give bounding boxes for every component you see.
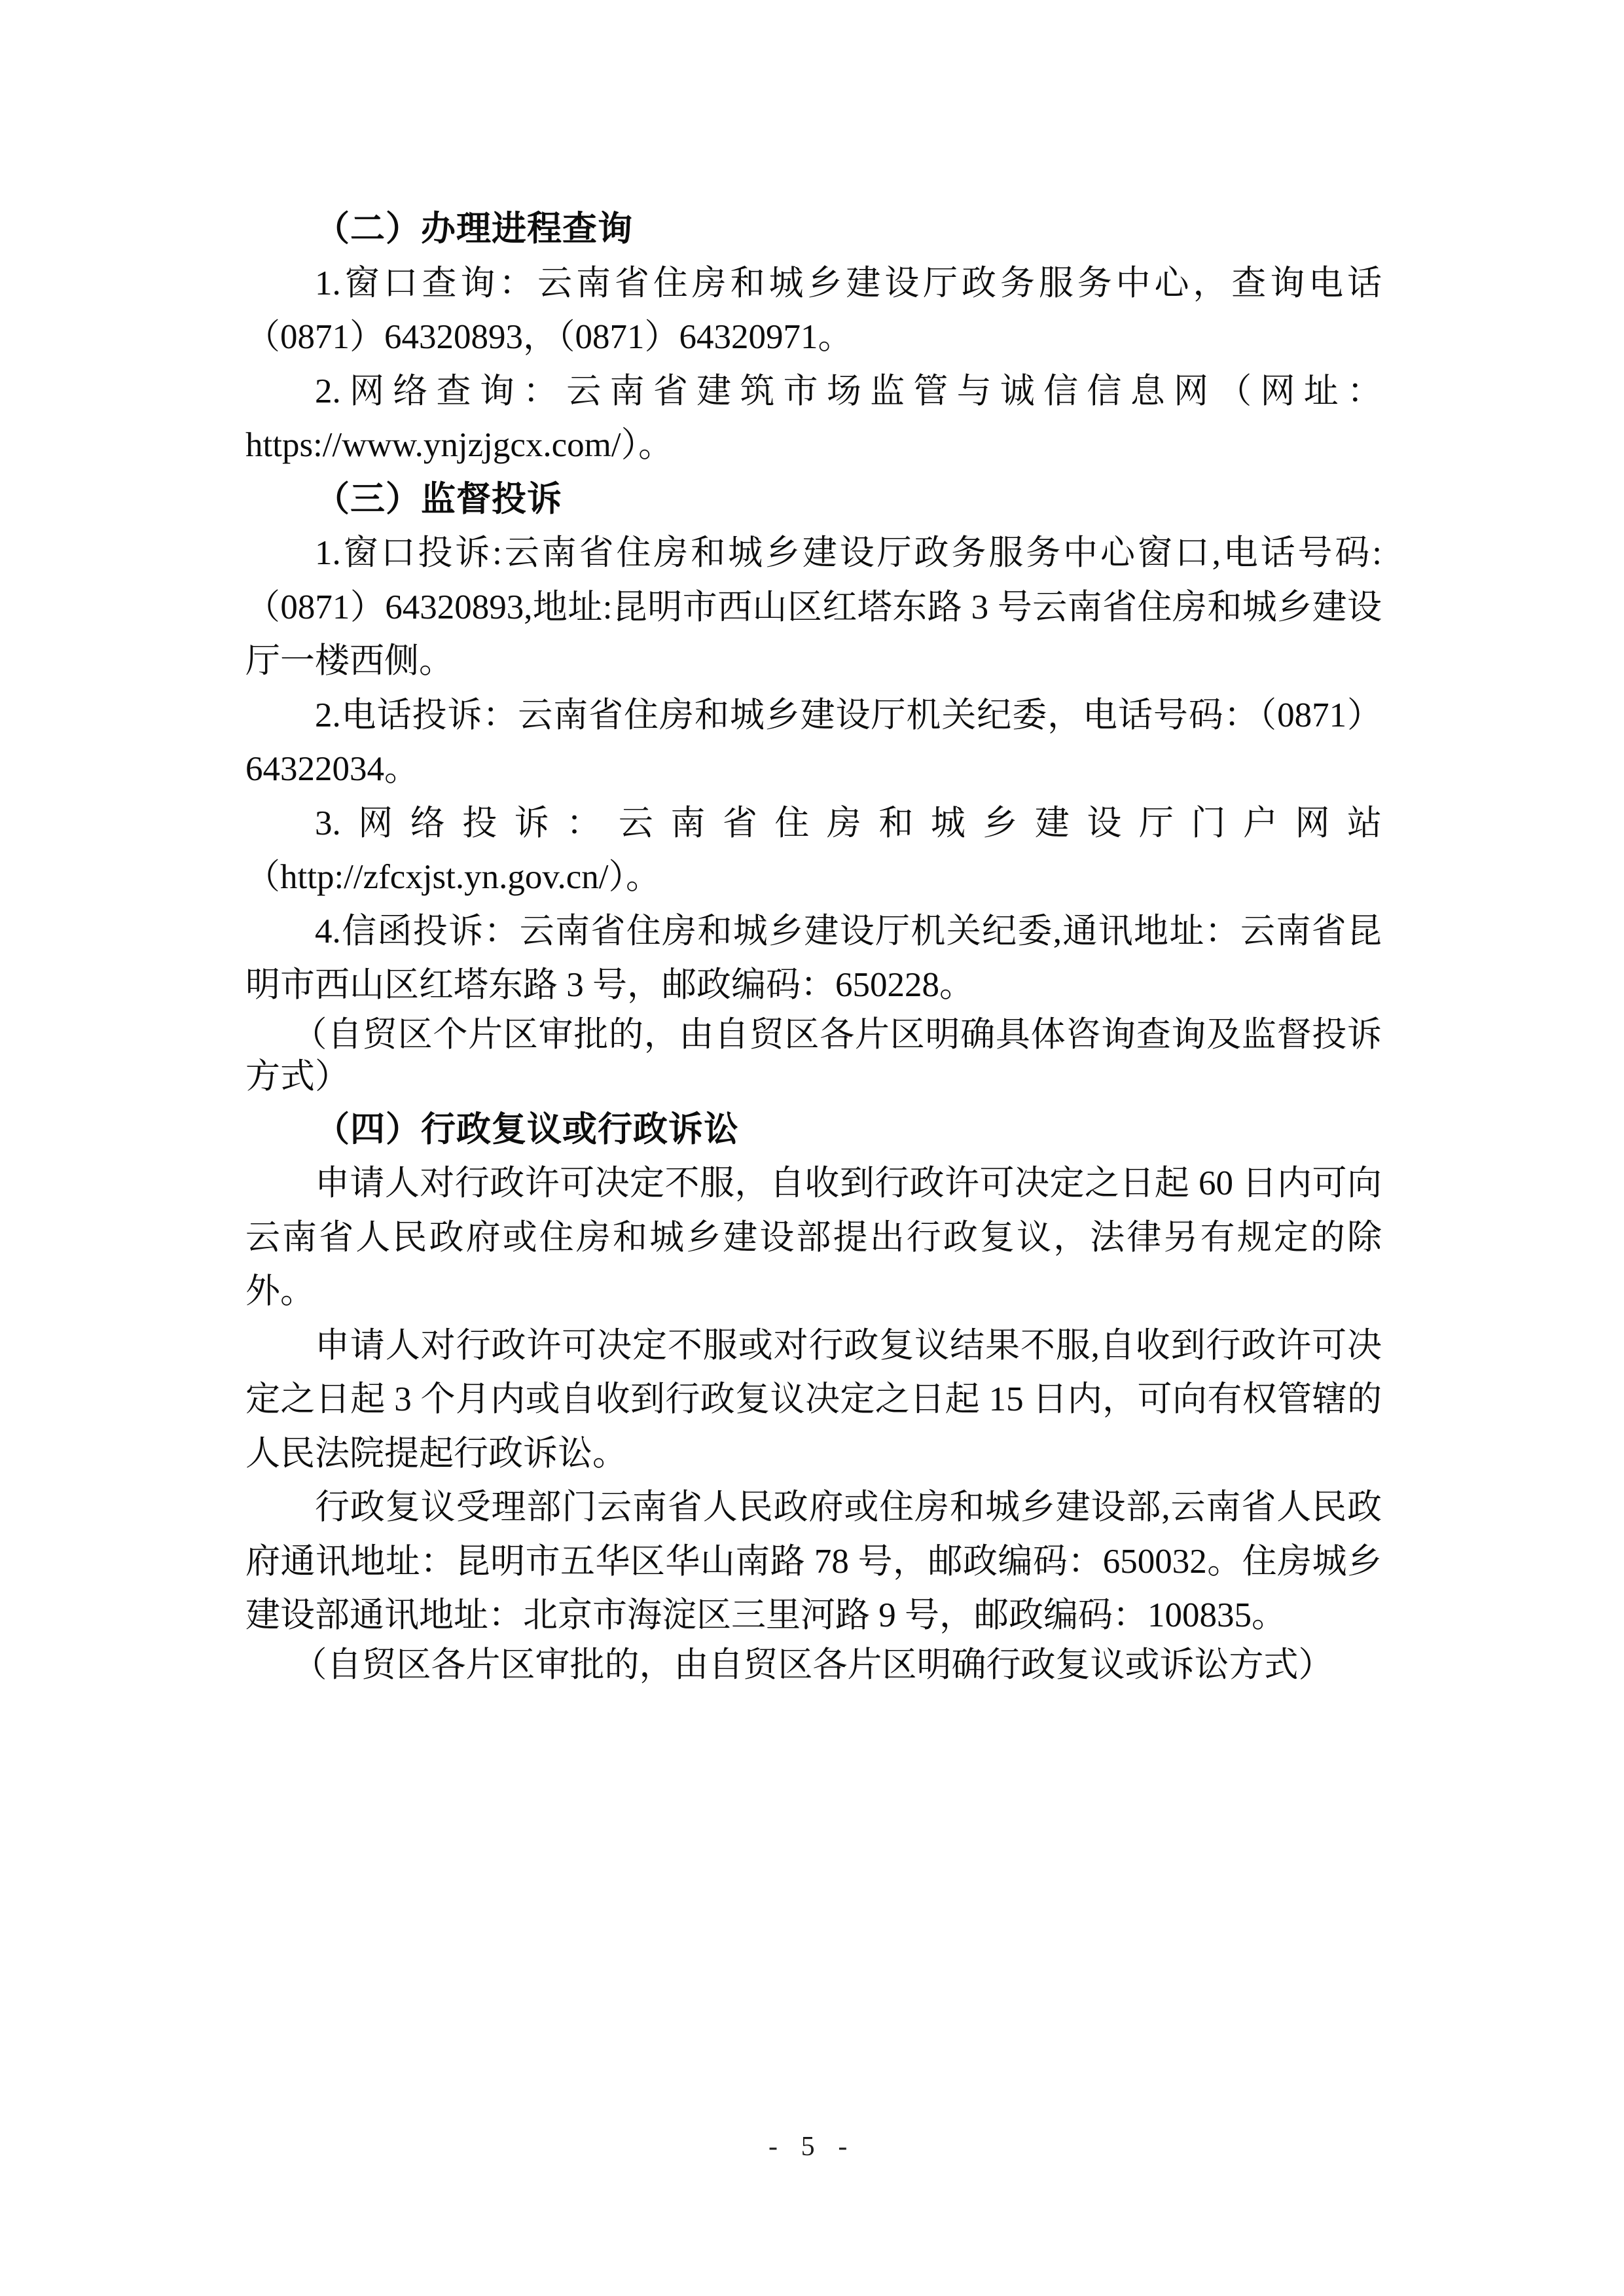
document-page: （二）办理进程查询 1.窗口查询：云南省住房和城乡建设厅政务服务中心，查询电话（…: [0, 0, 1624, 2296]
paragraph-review-departments: 行政复议受理部门云南省人民政府或住房和城乡建设部,云南省人民政府通讯地址：昆明市…: [245, 1480, 1382, 1643]
paragraph-phone-complaint: 2.电话投诉：云南省住房和城乡建设厅机关纪委，电话号码：（0871）643220…: [245, 689, 1382, 797]
page-number: - 5 -: [0, 2128, 1624, 2165]
section-heading-3: （三）监督投诉: [245, 473, 1382, 527]
paragraph-window-inquiry: 1.窗口查询：云南省住房和城乡建设厅政务服务中心，查询电话（0871）64320…: [245, 257, 1382, 365]
paragraph-review-60days: 申请人对行政许可决定不服，自收到行政许可决定之日起 60 日内可向云南省人民政府…: [245, 1157, 1382, 1319]
paragraph-web-inquiry: 2.网络查询：云南省建筑市场监管与诚信信息网（网址：https://www.yn…: [245, 365, 1382, 473]
note-ftz-review: （自贸区各片区审批的，由自贸区各片区明确行政复议或诉讼方式）: [245, 1644, 1382, 1686]
paragraph-web-complaint: 3.网络投诉：云南省住房和城乡建设厅门户网站（http://zfcxjst.yn…: [245, 797, 1382, 905]
section-heading-4: （四）行政复议或行政诉讼: [245, 1103, 1382, 1157]
paragraph-window-complaint: 1.窗口投诉:云南省住房和城乡建设厅政务服务中心窗口,电话号码:（0871）64…: [245, 526, 1382, 689]
note-ftz-complaint: （自贸区个片区审批的，由自贸区各片区明确具体咨询查询及监督投诉方式）: [245, 1014, 1382, 1098]
section-heading-2: （二）办理进程查询: [245, 202, 1382, 257]
paragraph-lawsuit: 申请人对行政许可决定不服或对行政复议结果不服,自收到行政许可决定之日起 3 个月…: [245, 1319, 1382, 1481]
paragraph-letter-complaint: 4.信函投诉：云南省住房和城乡建设厅机关纪委,通讯地址：云南省昆明市西山区红塔东…: [245, 905, 1382, 1013]
